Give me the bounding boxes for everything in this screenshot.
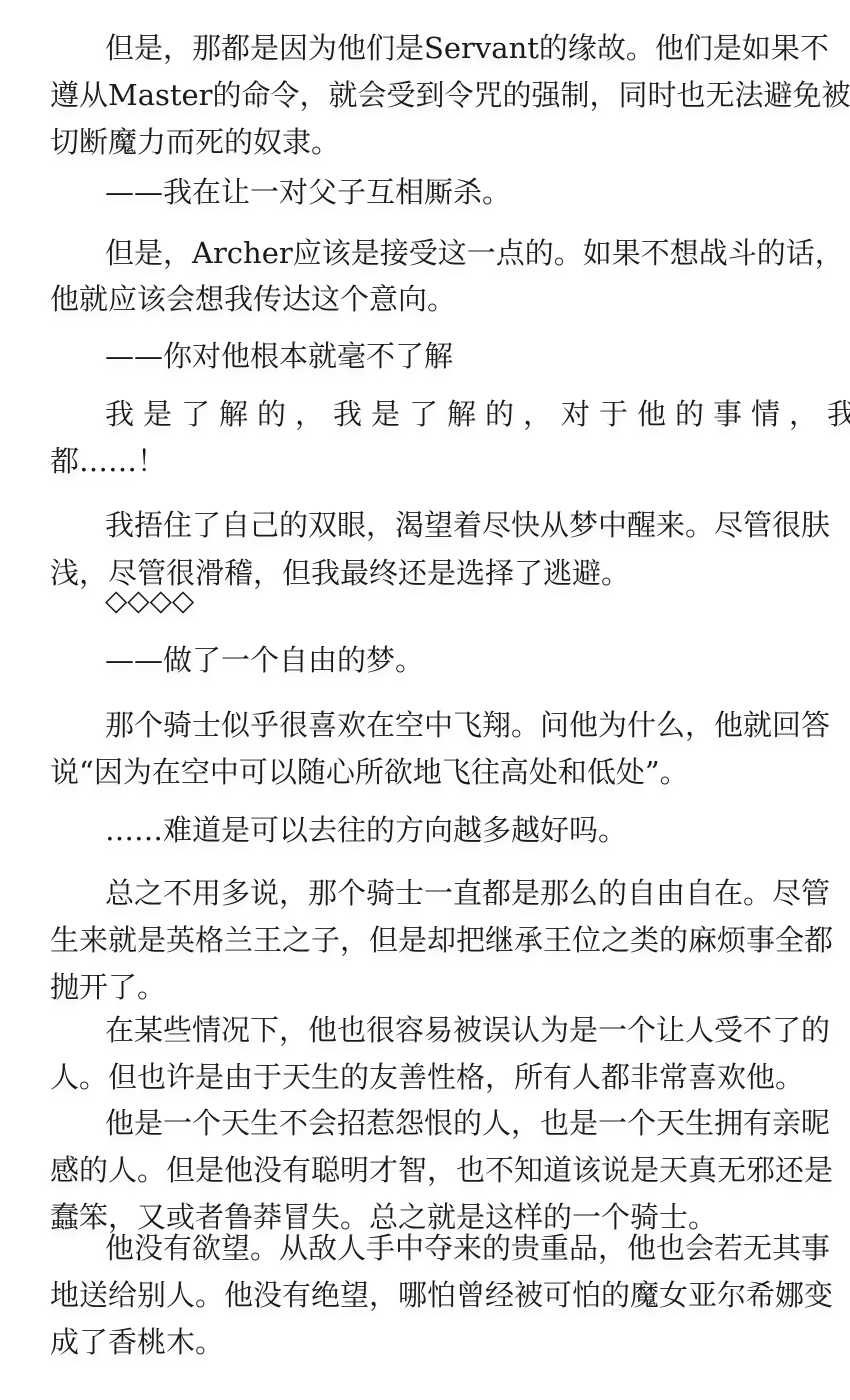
paragraph-8-line-1: ——做了一个自由的梦。	[105, 640, 850, 680]
paragraph-14-line-2: 地送给别人。他没有绝望，哪怕曾经被可怕的魔女亚尔希娜变	[50, 1275, 810, 1315]
document-page: 但是，那都是因为他们是Servant的缘故。他们是如果不 遵从Master的命令…	[0, 0, 850, 1400]
paragraph-1-line-2: 遵从Master的命令，就会受到令咒的强制，同时也无法避免被	[50, 75, 810, 115]
paragraph-3-line-1: 但是，Archer应该是接受这一点的。如果不想战斗的话，	[105, 233, 850, 273]
paragraph-12-line-1: 在某些情况下，他也很容易被误认为是一个让人受不了的	[105, 1010, 850, 1050]
paragraph-6-line-1: 我捂住了自己的双眼，渴望着尽快从梦中醒来。尽管很肤	[105, 505, 850, 545]
paragraph-11-line-3: 抛开了。	[50, 967, 810, 1007]
paragraph-4-line-1: ——你对他根本就毫不了解	[105, 336, 850, 376]
paragraph-12-line-2: 人。但也许是由于天生的友善性格，所有人都非常喜欢他。	[50, 1057, 810, 1097]
paragraph-13-line-1: 他是一个天生不会招惹怨恨的人，也是一个天生拥有亲昵	[105, 1103, 850, 1143]
paragraph-11-line-2: 生来就是英格兰王之子，但是却把继承王位之类的麻烦事全都	[50, 920, 810, 960]
section-divider-diamonds: ◇◇◇◇	[105, 580, 850, 620]
paragraph-9-line-1: 那个骑士似乎很喜欢在空中飞翔。问他为什么，他就回答	[105, 705, 850, 745]
paragraph-10-line-1: ……难道是可以去往的方向越多越好吗。	[105, 810, 850, 850]
paragraph-14-line-1: 他没有欲望。从敌人手中夺来的贵重品，他也会若无其事	[105, 1228, 850, 1268]
paragraph-14-line-3: 成了香桃木。	[50, 1322, 810, 1362]
paragraph-3-line-2: 他就应该会想我传达这个意向。	[50, 279, 810, 319]
paragraph-9-line-2: 说“因为在空中可以随心所欲地飞往高处和低处”。	[50, 752, 810, 792]
paragraph-11-line-1: 总之不用多说，那个骑士一直都是那么的自由自在。尽管	[105, 873, 850, 913]
paragraph-2-line-1: ——我在让一对父子互相厮杀。	[105, 172, 850, 212]
paragraph-13-line-2: 感的人。但是他没有聪明才智，也不知道该说是天真无邪还是	[50, 1150, 810, 1190]
paragraph-5-line-1: 我是了解的，我是了解的，对于他的事情，我什么	[105, 394, 850, 434]
paragraph-5-line-2: 都……！	[50, 441, 810, 481]
paragraph-1-line-3: 切断魔力而死的奴隶。	[50, 122, 810, 162]
paragraph-1-line-1: 但是，那都是因为他们是Servant的缘故。他们是如果不	[105, 28, 850, 68]
